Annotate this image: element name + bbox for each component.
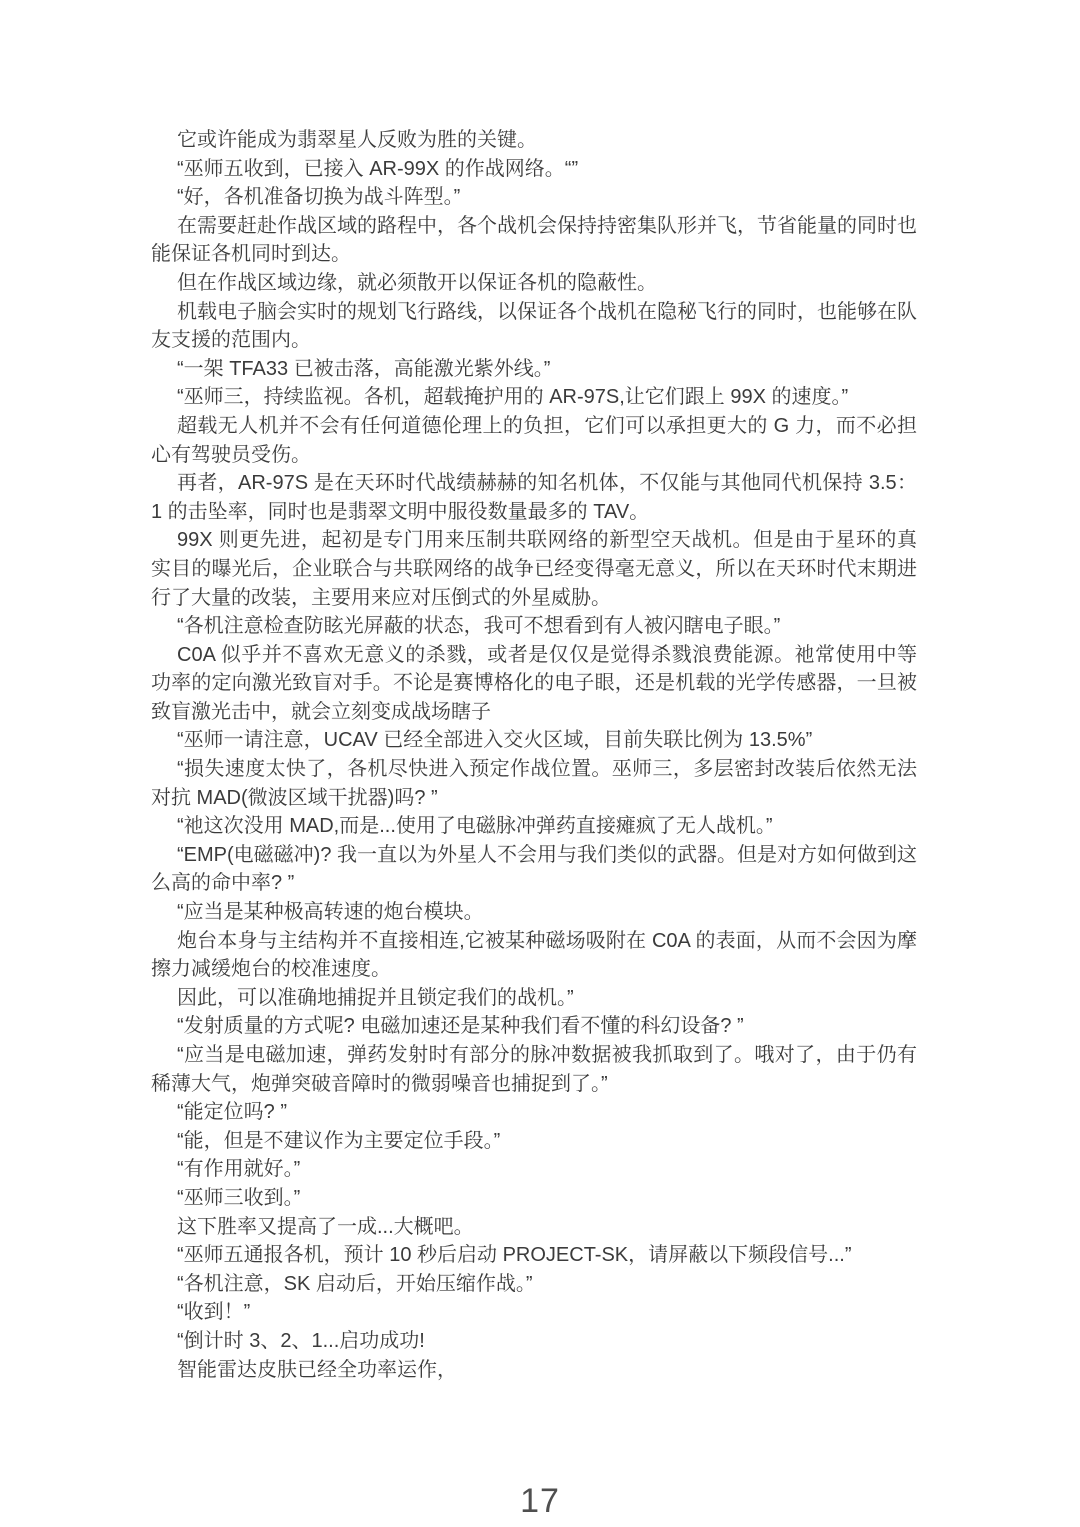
paragraph: 智能雷达皮肤已经全功率运作， (151, 1356, 917, 1385)
paragraph: 因此，可以准确地捕捉并且锁定我们的战机。” (151, 984, 917, 1013)
paragraph: “应当是电磁加速，弹药发射时有部分的脉冲数据被我抓取到了。哦对了，由于仍有稀薄大… (151, 1041, 917, 1098)
paragraph: 但在作战区域边缘，就必须散开以保证各机的隐蔽性。 (151, 269, 917, 298)
paragraph: “倒计时 3、2、1...启功成功! (151, 1327, 917, 1356)
paragraph: 机载电子脑会实时的规划飞行路线，以保证各个战机在隐秘飞行的同时，也能够在队友支援… (151, 298, 917, 355)
body-text: 它或许能成为翡翠星人反败为胜的关键。 “巫师五收到，已接入 AR-99X 的作战… (151, 126, 917, 1384)
paragraph: 再者，AR-97S 是在天环时代战绩赫赫的知名机体，不仅能与其他同代机保持 3.… (151, 469, 917, 526)
page-number: 17 (0, 1482, 1080, 1521)
paragraph: 在需要赶赴作战区域的路程中，各个战机会保持持密集队形并飞，节省能量的同时也能保证… (151, 212, 917, 269)
paragraph: “各机注意，SK 启动后，开始压缩作战。” (151, 1270, 917, 1299)
paragraph: C0A 似乎并不喜欢无意义的杀戮，或者是仅仅是觉得杀戮浪费能源。祂常使用中等功率… (151, 641, 917, 727)
paragraph: 这下胜率又提高了一成...大概吧。 (151, 1213, 917, 1242)
paragraph: “发射质量的方式呢? 电磁加速还是某种我们看不懂的科幻设备? ” (151, 1012, 917, 1041)
paragraph: “好，各机准备切换为战斗阵型。” (151, 183, 917, 212)
paragraph: 它或许能成为翡翠星人反败为胜的关键。 (151, 126, 917, 155)
paragraph: “一架 TFA33 已被击落，高能激光紫外线。” (151, 355, 917, 384)
paragraph: “巫师一请注意，UCAV 已经全部进入交火区域，目前失联比例为 13.5%” (151, 726, 917, 755)
paragraph: “祂这次没用 MAD,而是...使用了电磁脉冲弹药直接瘫疯了无人战机。” (151, 812, 917, 841)
paragraph: 超载无人机并不会有任何道德伦理上的负担，它们可以承担更大的 G 力，而不必担心有… (151, 412, 917, 469)
paragraph: “有作用就好。” (151, 1155, 917, 1184)
paragraph: “各机注意检查防眩光屏蔽的状态，我可不想看到有人被闪瞎电子眼。” (151, 612, 917, 641)
paragraph: “收到！” (151, 1298, 917, 1327)
paragraph: “能定位吗? ” (151, 1098, 917, 1127)
paragraph: 99X 则更先进，起初是专门用来压制共联网络的新型空天战机。但是由于星环的真实目… (151, 526, 917, 612)
paragraph: “应当是某种极高转速的炮台模块。 (151, 898, 917, 927)
paragraph: “巫师五收到，已接入 AR-99X 的作战网络。“” (151, 155, 917, 184)
paragraph: “损失速度太快了，各机尽快进入预定作战位置。巫师三，多层密封改装后依然无法对抗 … (151, 755, 917, 812)
paragraph: “巫师三收到。” (151, 1184, 917, 1213)
paragraph: 炮台本身与主结构并不直接相连,它被某种磁场吸附在 C0A 的表面，从而不会因为摩… (151, 927, 917, 984)
paragraph: “能，但是不建议作为主要定位手段。” (151, 1127, 917, 1156)
paragraph: “巫师三，持续监视。各机，超载掩护用的 AR-97S,让它们跟上 99X 的速度… (151, 383, 917, 412)
paragraph: “巫师五通报各机，预计 10 秒后启动 PROJECT-SK，请屏蔽以下频段信号… (151, 1241, 917, 1270)
document-page: 它或许能成为翡翠星人反败为胜的关键。 “巫师五收到，已接入 AR-99X 的作战… (0, 0, 1080, 1527)
paragraph: “EMP(电磁磁冲)? 我一直以为外星人不会用与我们类似的武器。但是对方如何做到… (151, 841, 917, 898)
